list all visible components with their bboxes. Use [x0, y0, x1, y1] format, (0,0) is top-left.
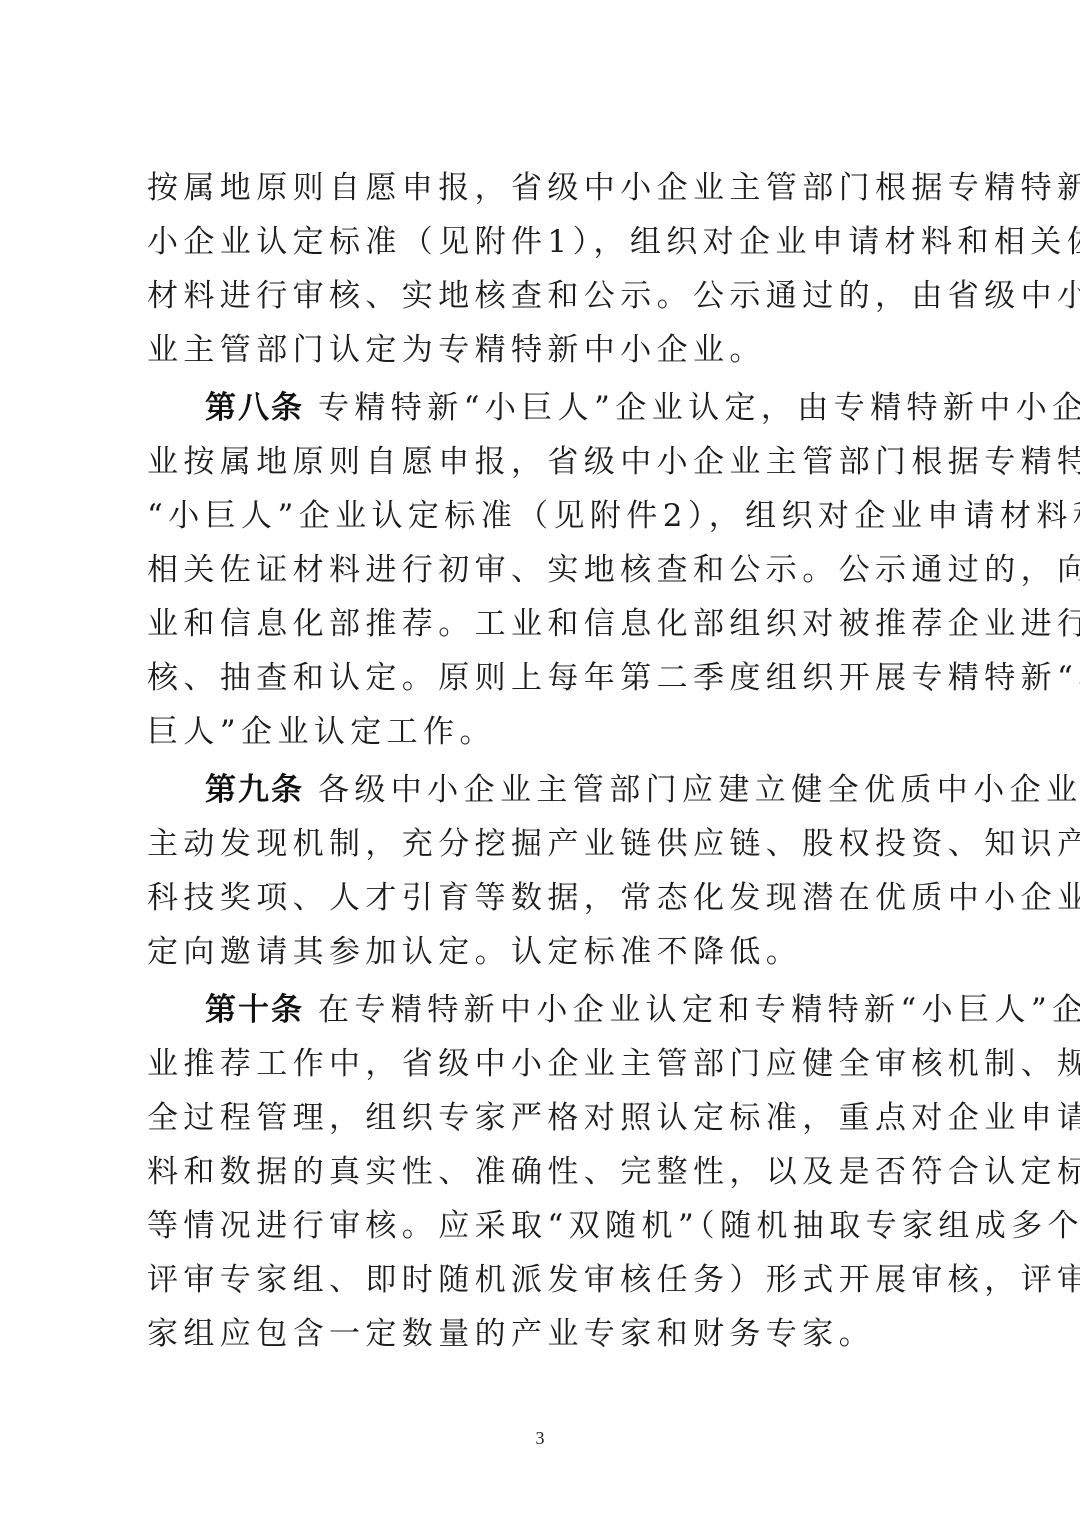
text-line: 材料进行审核、实地核查和公示。公示通过的，由省级中小企 [147, 276, 937, 316]
text-line: 等情况进行审核。应采取“双随机”（随机抽取专家组成多个 [147, 1206, 937, 1246]
article-heading: 第九条 [205, 772, 304, 808]
article-8-first-line: 第八条专精特新“小巨人”企业认定，由专精特新中小企 [205, 388, 937, 428]
text-span: 在专精特新中小企业认定和专精特新“小巨人”企 [318, 992, 1080, 1028]
page-number: 3 [530, 1428, 550, 1449]
text-line: “小巨人”企业认定标准（见附件2），组织对企业申请材料和 [147, 496, 937, 536]
text-line: 业和信息化部推荐。工业和信息化部组织对被推荐企业进行审 [147, 604, 937, 644]
text-line: 评审专家组、即时随机派发审核任务）形式开展审核，评审专 [147, 1260, 937, 1300]
article-heading: 第十条 [205, 992, 304, 1028]
article-10-first-line: 第十条在专精特新中小企业认定和专精特新“小巨人”企 [205, 990, 937, 1030]
article-9-first-line: 第九条各级中小企业主管部门应建立健全优质中小企业 [205, 770, 937, 810]
text-line: 定向邀请其参加认定。认定标准不降低。 [147, 932, 937, 972]
text-line: 科技奖项、人才引育等数据，常态化发现潜在优质中小企业， [147, 878, 937, 918]
text-line: 核、抽查和认定。原则上每年第二季度组织开展专精特新“小 [147, 658, 937, 698]
text-line: 全过程管理，组织专家严格对照认定标准，重点对企业申请材 [147, 1098, 937, 1138]
document-page: 按属地原则自愿申报，省级中小企业主管部门根据专精特新中 小企业认定标准（见附件1… [0, 0, 1080, 1527]
text-line: 业主管部门认定为专精特新中小企业。 [147, 330, 937, 370]
text-line: 家组应包含一定数量的产业专家和财务专家。 [147, 1314, 937, 1354]
article-heading: 第八条 [205, 390, 304, 426]
text-line: 小企业认定标准（见附件1），组织对企业申请材料和相关佐证 [147, 222, 937, 262]
text-line: 主动发现机制，充分挖掘产业链供应链、股权投资、知识产权、 [147, 824, 937, 864]
text-line: 巨人”企业认定工作。 [147, 712, 937, 752]
text-span: 专精特新“小巨人”企业认定，由专精特新中小企 [318, 390, 1080, 426]
text-line: 料和数据的真实性、准确性、完整性，以及是否符合认定标准 [147, 1152, 937, 1192]
text-line: 按属地原则自愿申报，省级中小企业主管部门根据专精特新中 [147, 168, 937, 208]
text-line: 相关佐证材料进行初审、实地核查和公示。公示通过的，向工 [147, 550, 937, 590]
text-line: 业推荐工作中，省级中小企业主管部门应健全审核机制、规范 [147, 1044, 937, 1084]
text-span: 各级中小企业主管部门应建立健全优质中小企业 [318, 772, 1080, 808]
text-line: 业按属地原则自愿申报，省级中小企业主管部门根据专精特新 [147, 442, 937, 482]
